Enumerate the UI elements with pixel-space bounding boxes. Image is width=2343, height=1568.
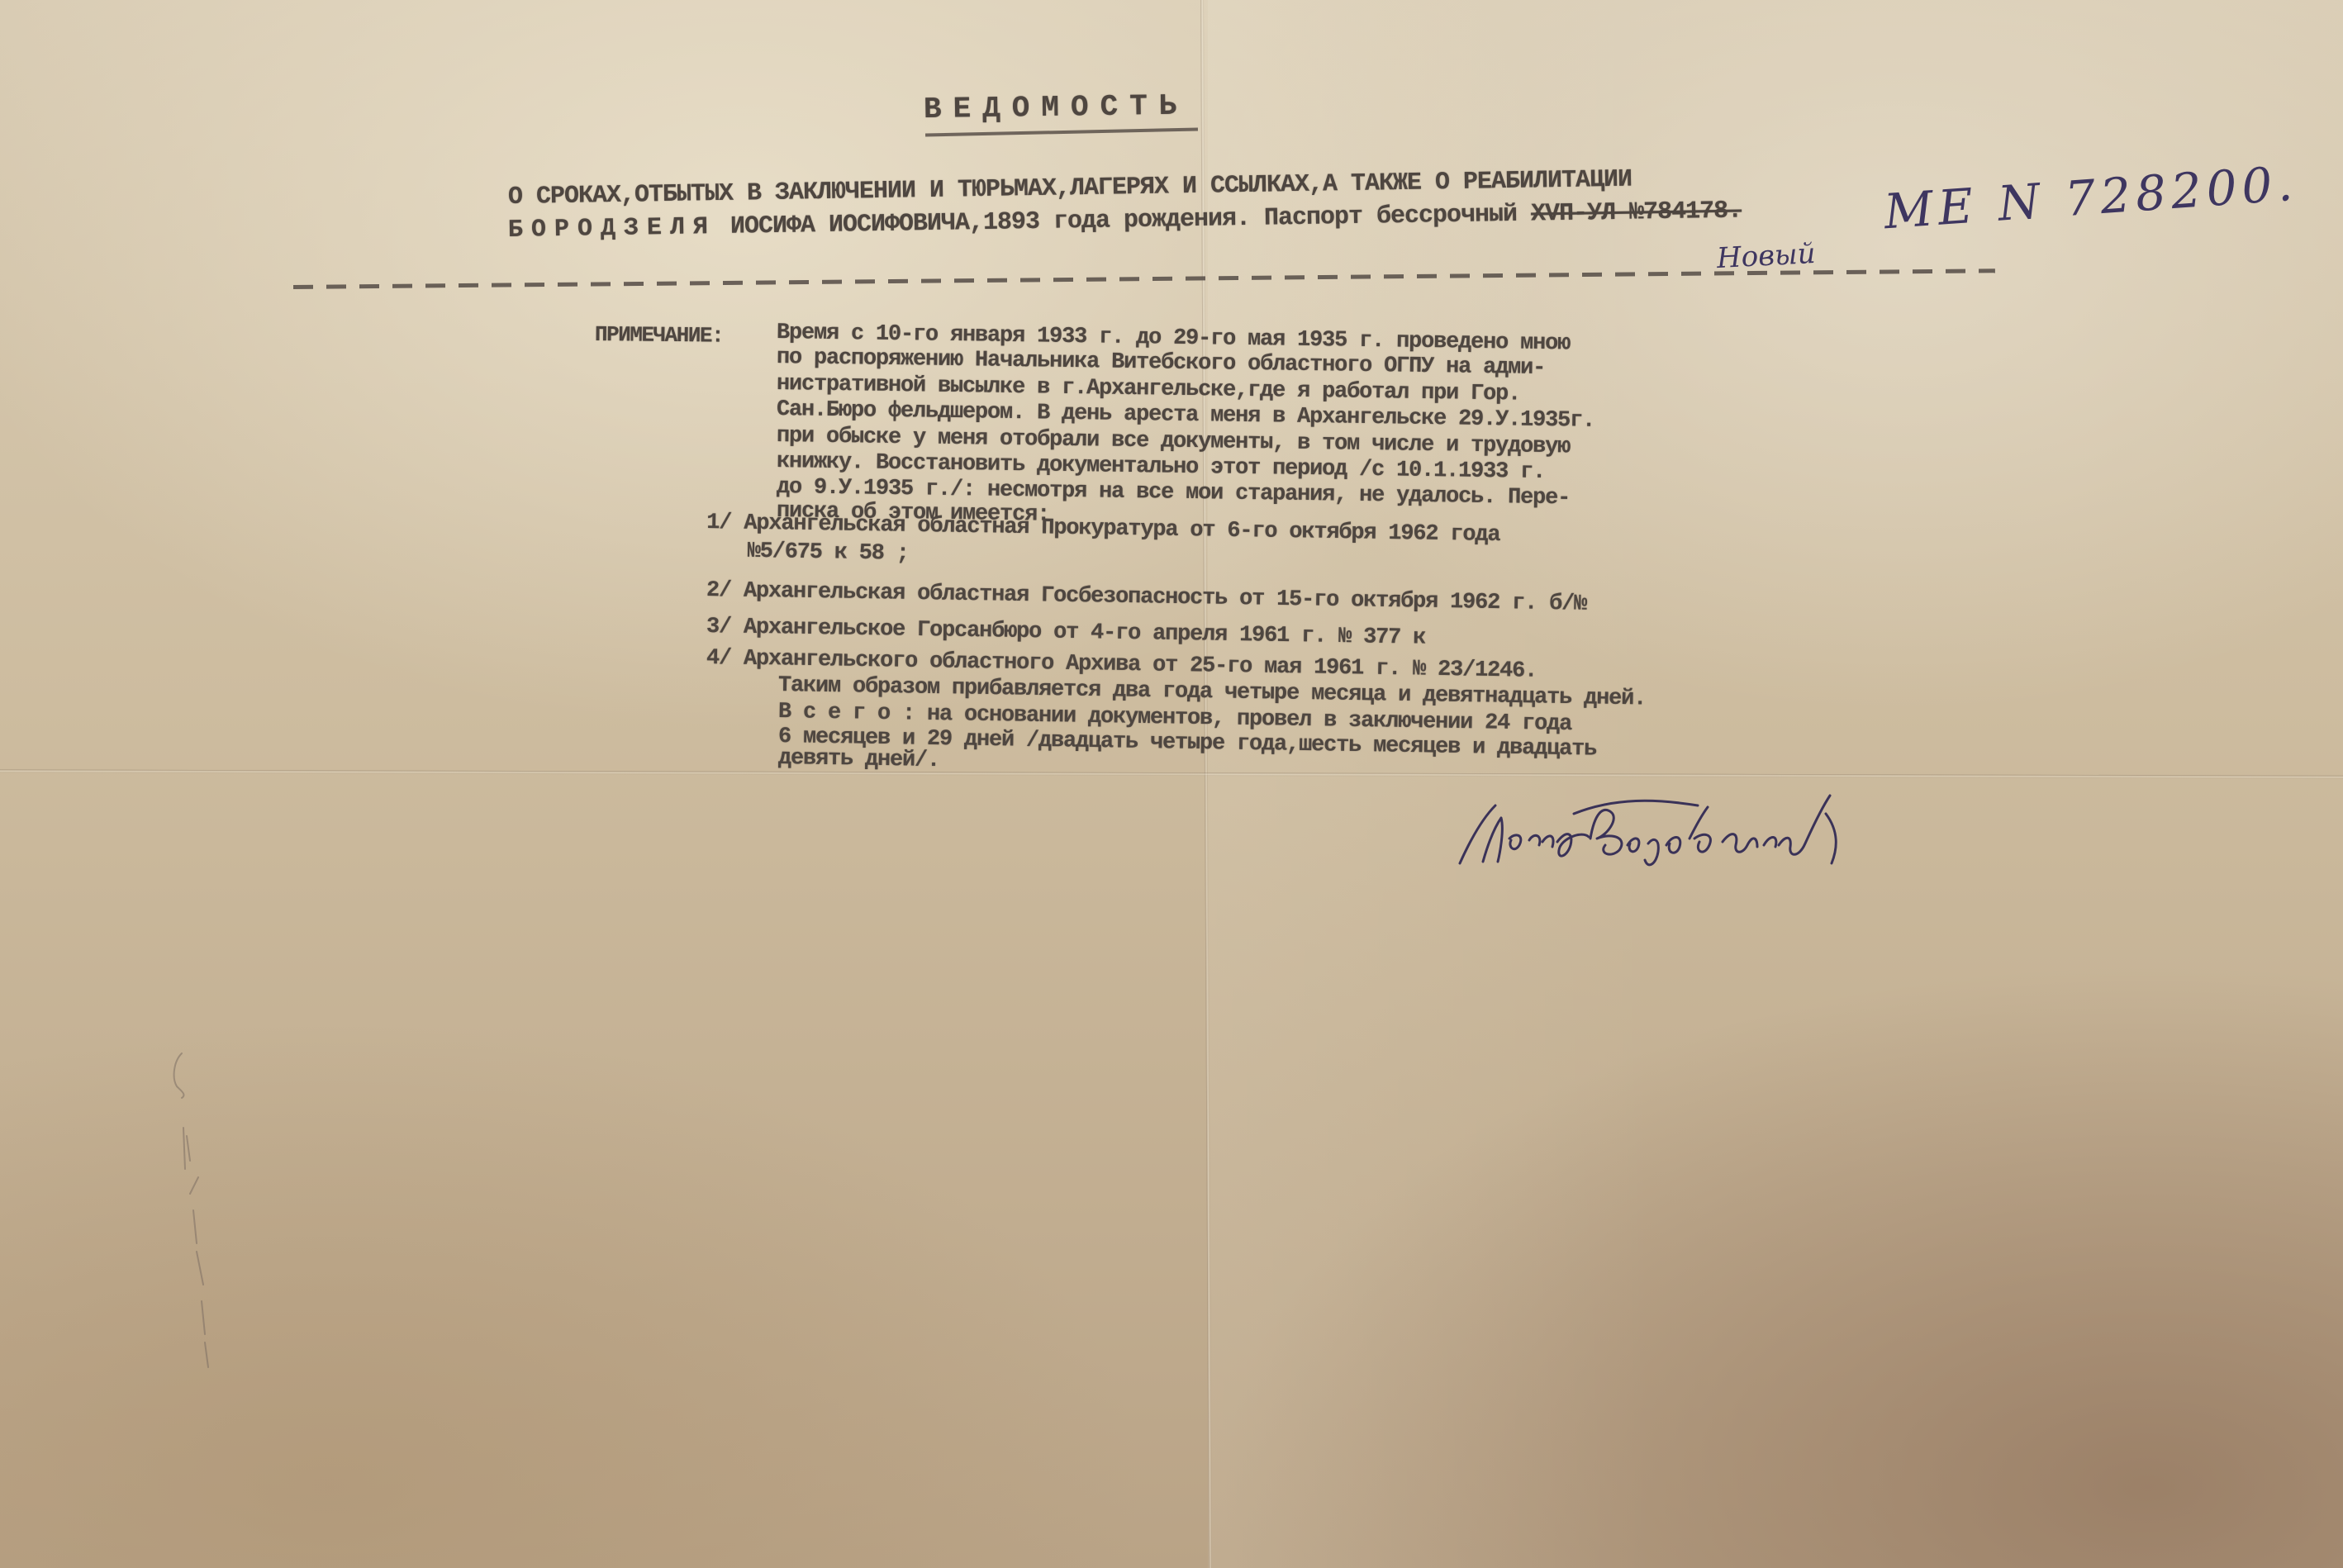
- title-underline: [925, 128, 1198, 137]
- source-item: 1/ Архангельская областная Прокуратура о…: [706, 511, 1499, 576]
- signature: Иосиф Бородзеля: [1450, 781, 1880, 872]
- source-number: 3/: [706, 615, 731, 639]
- source-number: 2/: [706, 578, 731, 603]
- source-number: 4/: [706, 646, 731, 671]
- margin-pencil-marks: [165, 1045, 215, 1376]
- handwritten-new-note: Новый: [1716, 237, 1816, 275]
- document-title: ВЕДОМОСТЬ: [924, 89, 1189, 126]
- person-surname: БОРОДЗЕЛЯ: [508, 213, 717, 245]
- summary-line: девять дней/.: [778, 746, 939, 773]
- source-number: 1/: [706, 511, 731, 535]
- struck-passport-number: XVП-УЛ №784178.: [1531, 197, 1742, 229]
- note-label: ПРИМЕЧАНИЕ:: [595, 322, 723, 349]
- scanned-document: ВЕДОМОСТЬ О СРОКАХ,ОТБЫТЫХ В ЗАКЛЮЧЕНИИ …: [0, 0, 2343, 1568]
